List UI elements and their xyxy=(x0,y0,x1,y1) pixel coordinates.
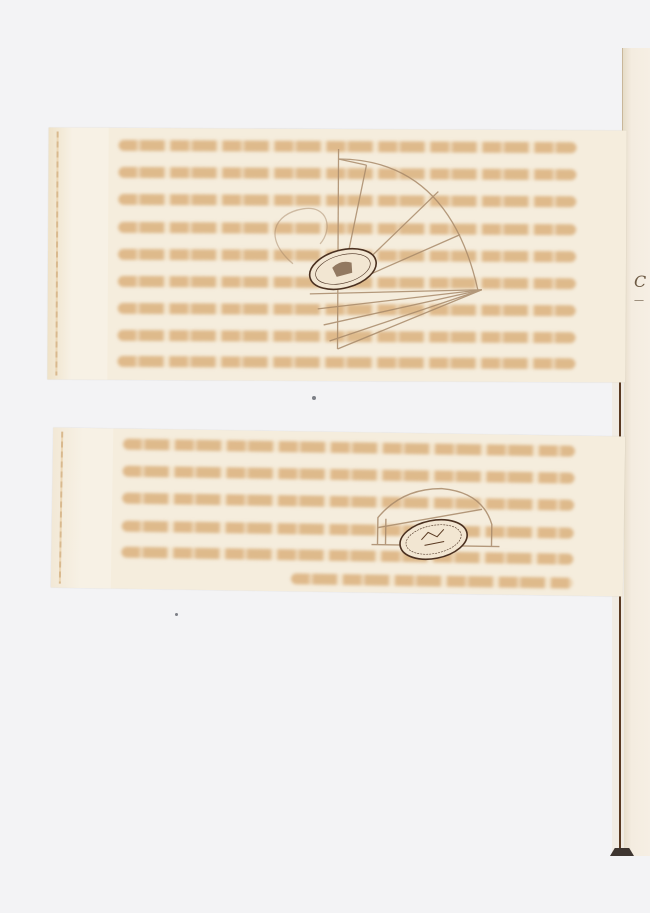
quadrant-diagram xyxy=(47,127,626,382)
arch-diagram xyxy=(51,428,625,597)
backing-glyph: C xyxy=(634,272,646,291)
dust-speck xyxy=(175,613,178,616)
backing-glyph: — xyxy=(634,295,644,306)
dust-speck xyxy=(312,396,316,400)
manuscript-fragment-lower xyxy=(51,428,625,597)
manuscript-fragment-upper xyxy=(47,127,626,382)
library-stamp xyxy=(305,242,380,296)
